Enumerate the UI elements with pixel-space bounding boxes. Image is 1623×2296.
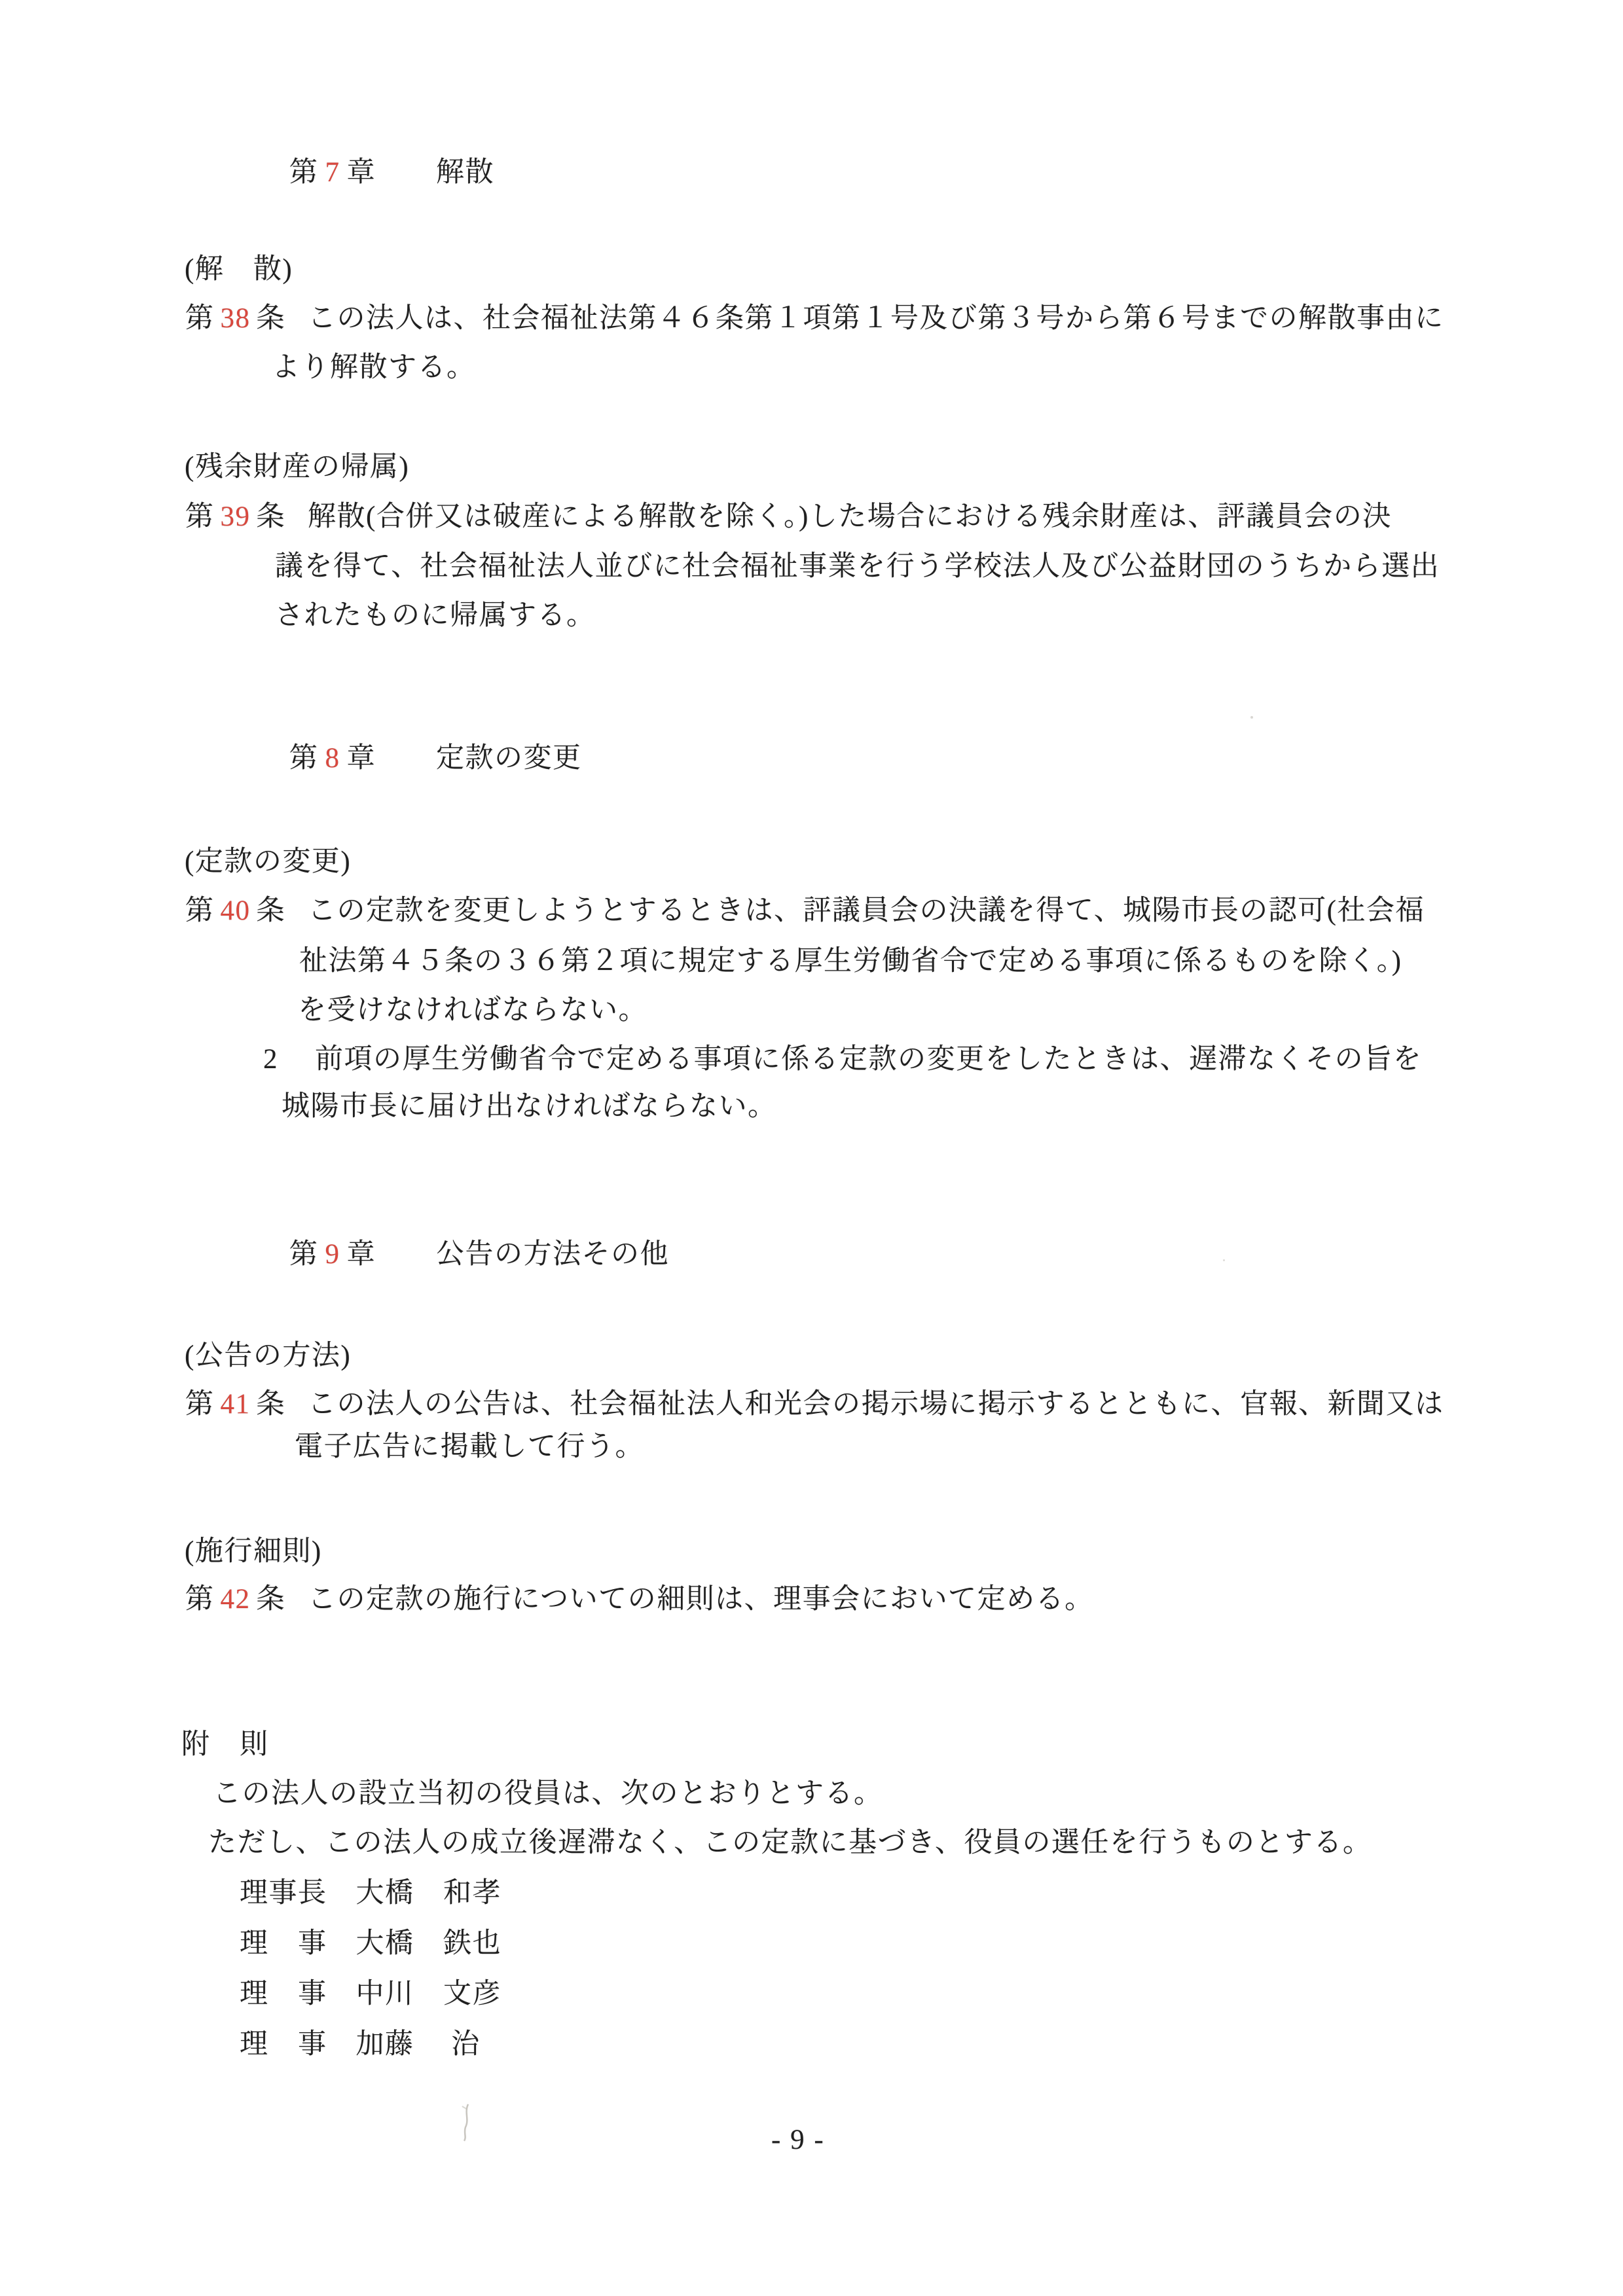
chapter-9-title: 公告の方法その他 bbox=[436, 1239, 669, 1270]
article-40-paragraph-2-line-2: 城陽市長に届け出なければならない。 bbox=[282, 1090, 777, 1124]
article-42-caption: (施行細則) bbox=[185, 1535, 322, 1569]
article-38-line-2: より解散する。 bbox=[272, 351, 476, 385]
article-40-prefix: 第 bbox=[185, 895, 215, 926]
officer-role: 理 事 bbox=[240, 1928, 327, 1959]
chapter-8-prefix: 第 bbox=[289, 743, 319, 774]
article-41-suffix: 条 bbox=[257, 1389, 286, 1420]
article-40-caption: (定款の変更) bbox=[185, 845, 351, 879]
article-42-text: この定款の施行についての細則は、理事会において定める。 bbox=[308, 1584, 1094, 1615]
article-38-prefix: 第 bbox=[185, 303, 215, 334]
chapter-9-number: 9 bbox=[325, 1239, 340, 1270]
article-39-caption: (残余財産の帰属) bbox=[185, 450, 409, 484]
article-38-text: この法人は、社会福祉法第４６条第１項第１号及び第３号から第６号までの解散事由に bbox=[308, 303, 1444, 334]
officer-role: 理 事 bbox=[240, 2029, 327, 2060]
article-40-paragraph-2-text: 前項の厚生労働省令で定める事項に係る定款の変更をしたときは、遅滞なくその旨を bbox=[315, 1044, 1422, 1075]
article-41-caption: (公告の方法) bbox=[185, 1339, 351, 1373]
article-38-suffix: 条 bbox=[257, 303, 286, 334]
article-39-line-3: されたものに帰属する。 bbox=[275, 599, 596, 633]
appendix-paragraph-1: この法人の設立当初の役員は、次のとおりとする。 bbox=[213, 1777, 883, 1811]
chapter-7-heading: 第7章解散 bbox=[289, 156, 494, 190]
officer-role: 理 事 bbox=[240, 1979, 327, 2009]
article-42-prefix: 第 bbox=[185, 1584, 215, 1615]
officer-name: 大橋 和孝 bbox=[356, 1878, 502, 1909]
article-41-prefix: 第 bbox=[185, 1389, 215, 1420]
officer-name: 加藤 治 bbox=[356, 2029, 481, 2060]
officer-row-chairman: 理事長大橋 和孝 bbox=[240, 1876, 501, 1910]
article-39-line-2: 議を得て、社会福祉法人並びに社会福祉事業を行う学校法人及び公益財団のうちから選出 bbox=[275, 550, 1440, 584]
article-40-paragraph-2-line-1: 2前項の厚生労働省令で定める事項に係る定款の変更をしたときは、遅滞なくその旨を bbox=[263, 1043, 1422, 1077]
article-39-text: 解散(合併又は破産による解散を除く。)した場合における残余財産は、評議員会の決 bbox=[308, 501, 1392, 532]
officer-role: 理事長 bbox=[240, 1878, 327, 1909]
scan-speck bbox=[1250, 716, 1253, 719]
chapter-8-title: 定款の変更 bbox=[436, 743, 582, 774]
article-41-number: 41 bbox=[221, 1389, 251, 1420]
article-38-number: 38 bbox=[221, 303, 251, 334]
article-42-suffix: 条 bbox=[257, 1584, 286, 1615]
chapter-7-prefix: 第 bbox=[289, 157, 319, 188]
pencil-mark-artifact bbox=[458, 2102, 475, 2143]
appendix-paragraph-2: ただし、この法人の成立後遅滞なく、この定款に基づき、役員の選任を行うものとする。 bbox=[208, 1826, 1372, 1860]
chapter-9-prefix: 第 bbox=[289, 1239, 319, 1270]
chapter-9-heading: 第9章公告の方法その他 bbox=[289, 1238, 669, 1272]
article-40-line-2: 祉法第４５条の３６第２項に規定する厚生労働省令で定める事項に係るものを除く。) bbox=[299, 944, 1402, 978]
article-40-text: この定款を変更しようとするときは、評議員会の決議を得て、城陽市長の認可(社会福 bbox=[308, 895, 1425, 926]
article-38-caption: (解 散) bbox=[185, 253, 293, 287]
article-38-line-1: 第38条この法人は、社会福祉法第４６条第１項第１号及び第３号から第６号までの解散… bbox=[185, 302, 1444, 336]
article-39-line-1: 第39条解散(合併又は破産による解散を除く。)した場合における残余財産は、評議員… bbox=[185, 500, 1392, 534]
chapter-9-suffix: 章 bbox=[347, 1239, 376, 1270]
scan-speck bbox=[1223, 1259, 1225, 1261]
officer-row-director-2: 理 事中川 文彦 bbox=[240, 1977, 501, 2011]
article-41-line-1: 第41条この法人の公告は、社会福祉法人和光会の掲示場に掲示するとともに、官報、新… bbox=[185, 1388, 1444, 1422]
article-40-paragraph-2-number: 2 bbox=[263, 1044, 278, 1075]
officer-row-director-1: 理 事大橋 鉄也 bbox=[240, 1927, 501, 1961]
chapter-7-title: 解散 bbox=[436, 157, 494, 188]
page-number: - 9 - bbox=[771, 2123, 825, 2157]
article-39-suffix: 条 bbox=[257, 501, 286, 532]
chapter-8-number: 8 bbox=[325, 743, 340, 774]
officer-name: 中川 文彦 bbox=[356, 1979, 502, 2009]
article-42-number: 42 bbox=[221, 1584, 251, 1615]
article-42-line-1: 第42条この定款の施行についての細則は、理事会において定める。 bbox=[185, 1583, 1094, 1617]
chapter-8-heading: 第8章定款の変更 bbox=[289, 742, 582, 776]
officer-name: 大橋 鉄也 bbox=[356, 1928, 502, 1959]
article-41-line-2: 電子広告に掲載して行う。 bbox=[295, 1430, 644, 1464]
article-40-number: 40 bbox=[221, 895, 251, 926]
article-39-prefix: 第 bbox=[185, 501, 215, 532]
article-39-number: 39 bbox=[221, 501, 251, 532]
scanned-document-page: 第7章解散 (解 散) 第38条この法人は、社会福祉法第４６条第１項第１号及び第… bbox=[0, 0, 1623, 2296]
chapter-7-number: 7 bbox=[325, 157, 340, 188]
chapter-8-suffix: 章 bbox=[347, 743, 376, 774]
chapter-7-suffix: 章 bbox=[347, 157, 376, 188]
officer-row-director-3: 理 事加藤 治 bbox=[240, 2028, 481, 2062]
appendix-heading: 附 則 bbox=[181, 1728, 269, 1762]
article-40-line-1: 第40条この定款を変更しようとするときは、評議員会の決議を得て、城陽市長の認可(… bbox=[185, 894, 1425, 928]
article-40-line-3: を受けなければならない。 bbox=[298, 994, 647, 1028]
article-41-text: この法人の公告は、社会福祉法人和光会の掲示場に掲示するとともに、官報、新聞又は bbox=[308, 1389, 1444, 1420]
article-40-suffix: 条 bbox=[257, 895, 286, 926]
